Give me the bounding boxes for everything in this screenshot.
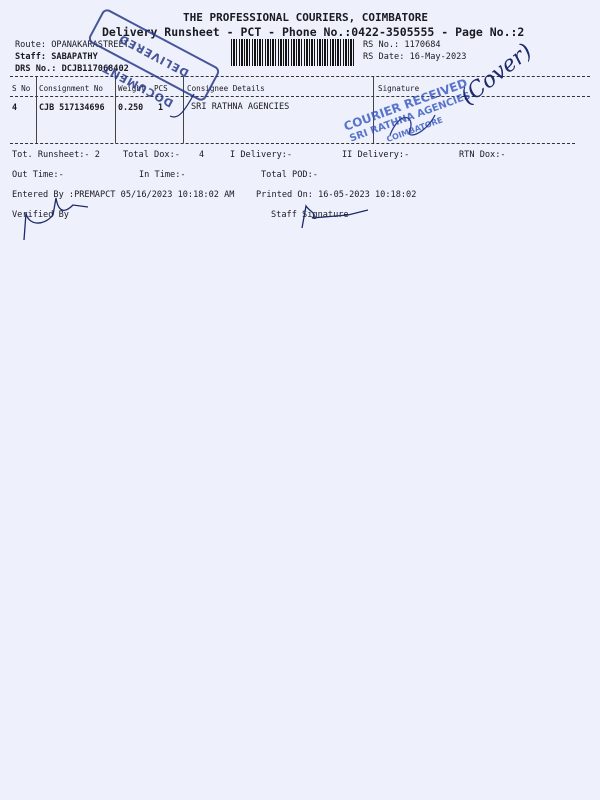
receiver-signature-mark (385, 105, 445, 145)
divider (10, 143, 575, 144)
i-delivery: I Delivery:- (230, 150, 292, 160)
handwritten-cover-note: (Cover) (456, 39, 537, 110)
column-line (36, 77, 37, 143)
staff-signature (298, 202, 388, 232)
col-header-sno: S No (12, 84, 30, 93)
rtn-dox: RTN Dox:- (459, 150, 506, 160)
tot-runsheet: Tot. Runsheet:- 2 (12, 150, 100, 160)
barcode (231, 39, 356, 66)
verified-signature (18, 195, 88, 240)
tick-mark (168, 90, 198, 120)
total-dox-value: 4 (199, 150, 204, 160)
col-header-signature: Signature (378, 84, 419, 93)
row-consignee: SRI RATHNA AGENCIES (191, 102, 289, 112)
divider (10, 96, 590, 97)
rs-number: RS No.: 1170684 (363, 40, 441, 50)
in-time: In Time:- (139, 170, 186, 180)
rs-date: RS Date: 16-May-2023 (363, 52, 466, 62)
row-consignment-no: CJB 517134696 (39, 102, 105, 112)
printed-on: Printed On: 16-05-2023 10:18:02 (256, 190, 416, 200)
runsheet-subtitle: Delivery Runsheet - PCT - Phone No.:0422… (102, 25, 524, 39)
total-pod: Total POD:- (261, 170, 318, 180)
col-header-consignment: Consignment No (39, 84, 103, 93)
total-dox-label: Total Dox:- (123, 150, 180, 160)
company-title: THE PROFESSIONAL COURIERS, COIMBATORE (183, 11, 428, 24)
out-time: Out Time:- (12, 170, 64, 180)
ii-delivery: II Delivery:- (342, 150, 409, 160)
row-sno: 4 (12, 102, 17, 112)
